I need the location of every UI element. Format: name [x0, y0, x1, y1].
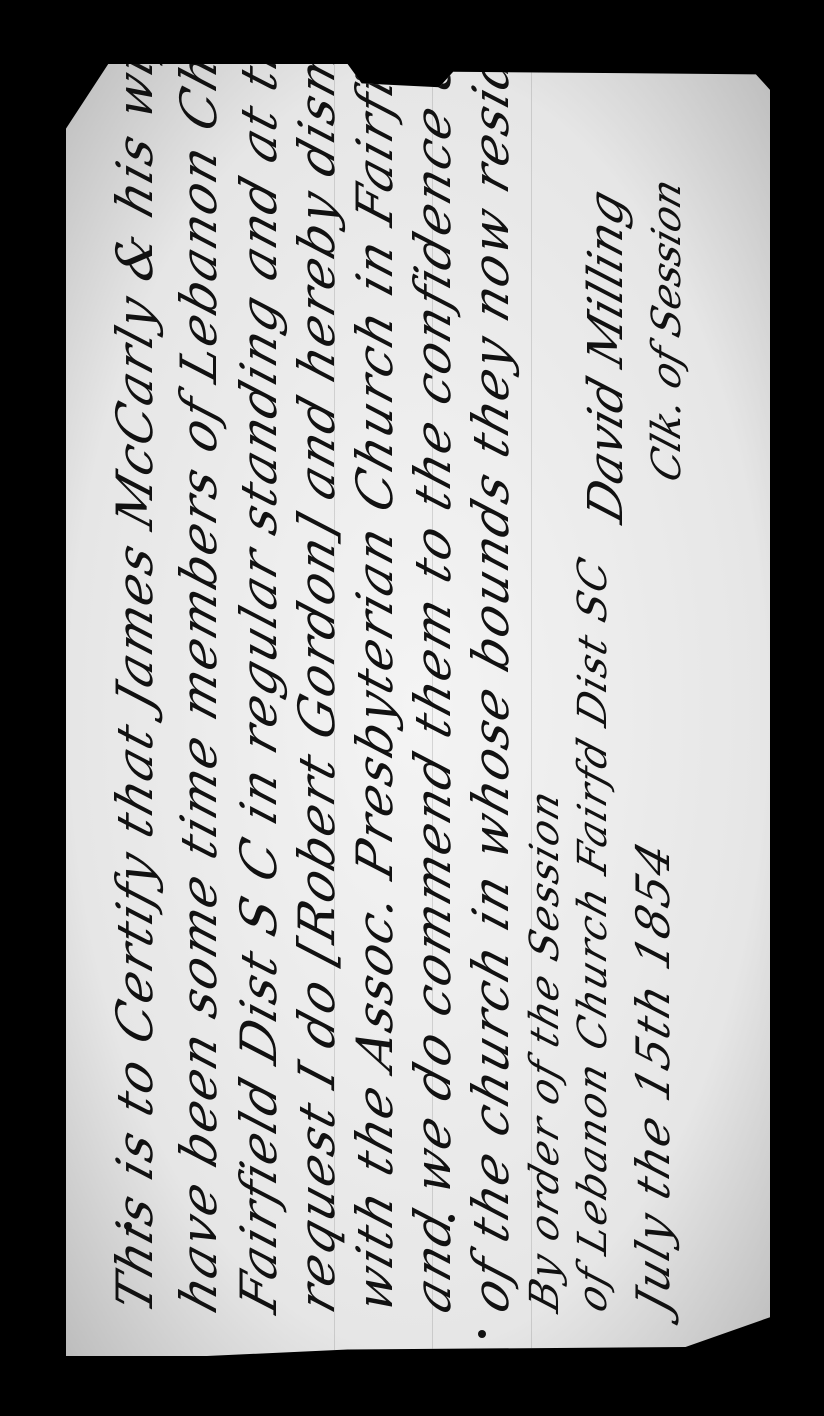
text-line: of the church in whose bounds they now r…: [462, 12, 520, 1320]
text-line: of Lebanon Church Fairfd Dist SC: [570, 551, 616, 1318]
text-line: and we do commend them to the confidence…: [404, 0, 462, 1319]
text-line: Fairfield Dist S C in regular standing a…: [230, 0, 288, 1319]
text-line: By order of the Session: [522, 783, 568, 1318]
signature-title: Clk. of Session: [644, 173, 690, 487]
text-line: with the Assoc. Presbyterian Church in F…: [346, 0, 404, 1319]
signature-name: David Milling: [578, 183, 634, 529]
ink-blot: [478, 1330, 486, 1338]
handwritten-text-block: This is to Certify that James McCarly & …: [78, 80, 758, 1340]
ink-blot: [124, 1222, 132, 1230]
text-line: This is to Certify that James McCarly & …: [106, 0, 164, 1319]
text-line: have been some time members of Lebanon C…: [170, 0, 228, 1319]
document-page: This is to Certify that James McCarly & …: [66, 64, 770, 1356]
ink-blot: [448, 1215, 455, 1222]
text-line: request I do [Robert Gordon] and hereby …: [288, 0, 346, 1319]
date-line: July the 15th 1854: [626, 834, 680, 1319]
